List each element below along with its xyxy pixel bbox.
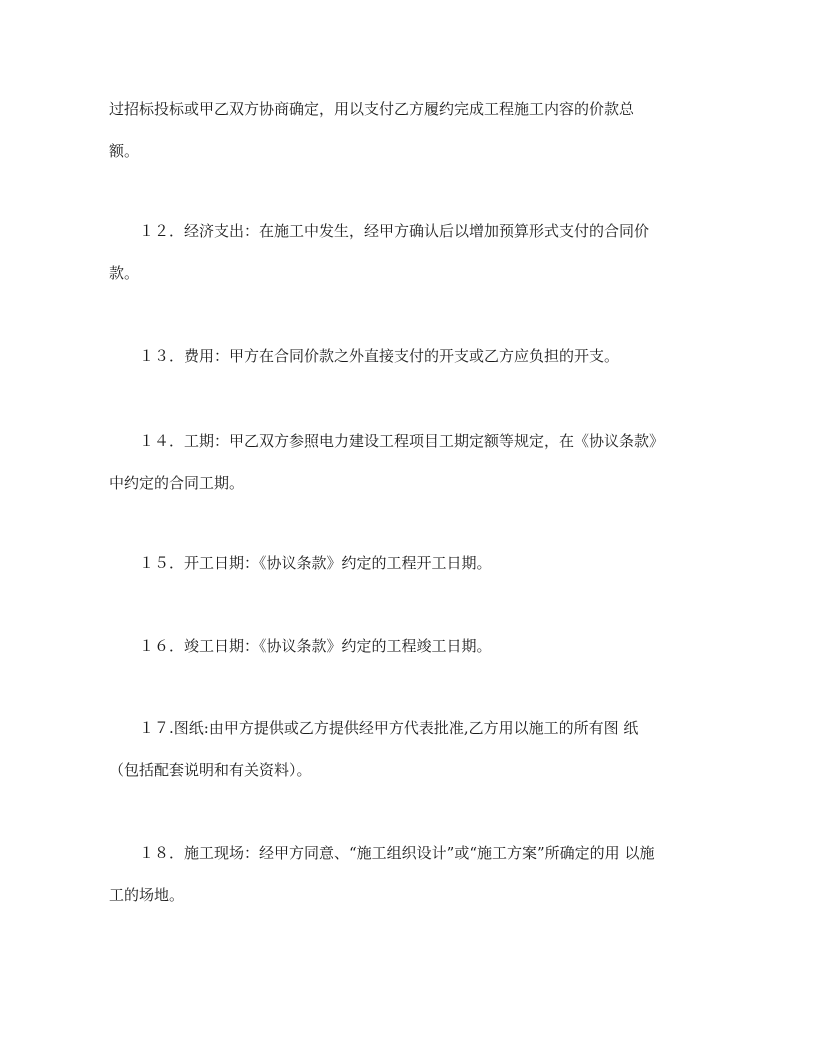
paragraph-14-line-1: １４．工期：甲乙双方参照电力建设工程项目工期定额等规定，在《协议条款》 xyxy=(139,432,739,450)
paragraph-11-continuation-line-1: 过招标投标或甲乙双方协商确定，用以支付乙方履约完成工程施工内容的价款总 xyxy=(109,100,709,118)
paragraph-12-line-1: １２．经济支出：在施工中发生，经甲方确认后以增加预算形式支付的合同价 xyxy=(139,222,739,240)
paragraph-14-line-2: 中约定的合同工期。 xyxy=(109,474,709,492)
paragraph-18-line-1: １８．施工现场：经甲方同意、“施工组织设计”或“施工方案”所确定的用 以施 xyxy=(139,844,739,862)
paragraph-12-line-2: 款。 xyxy=(109,264,709,282)
paragraph-16-line-1: １６．竣工日期：《协议条款》约定的工程竣工日期。 xyxy=(139,637,739,655)
paragraph-17-line-2: （包括配套说明和有关资料）。 xyxy=(109,761,709,779)
paragraph-17-line-1: １７.图纸:由甲方提供或乙方提供经甲方代表批准,乙方用以施工的所有图 纸 xyxy=(139,719,739,737)
paragraph-13-line-1: １３．费用：甲方在合同价款之外直接支付的开支或乙方应负担的开支。 xyxy=(139,347,739,365)
paragraph-15-line-1: １５．开工日期：《协议条款》约定的工程开工日期。 xyxy=(139,554,739,572)
paragraph-11-continuation-line-2: 额。 xyxy=(109,142,709,160)
document-page: 过招标投标或甲乙双方协商确定，用以支付乙方履约完成工程施工内容的价款总 额。 １… xyxy=(0,0,816,1056)
paragraph-18-line-2: 工的场地。 xyxy=(109,886,709,904)
